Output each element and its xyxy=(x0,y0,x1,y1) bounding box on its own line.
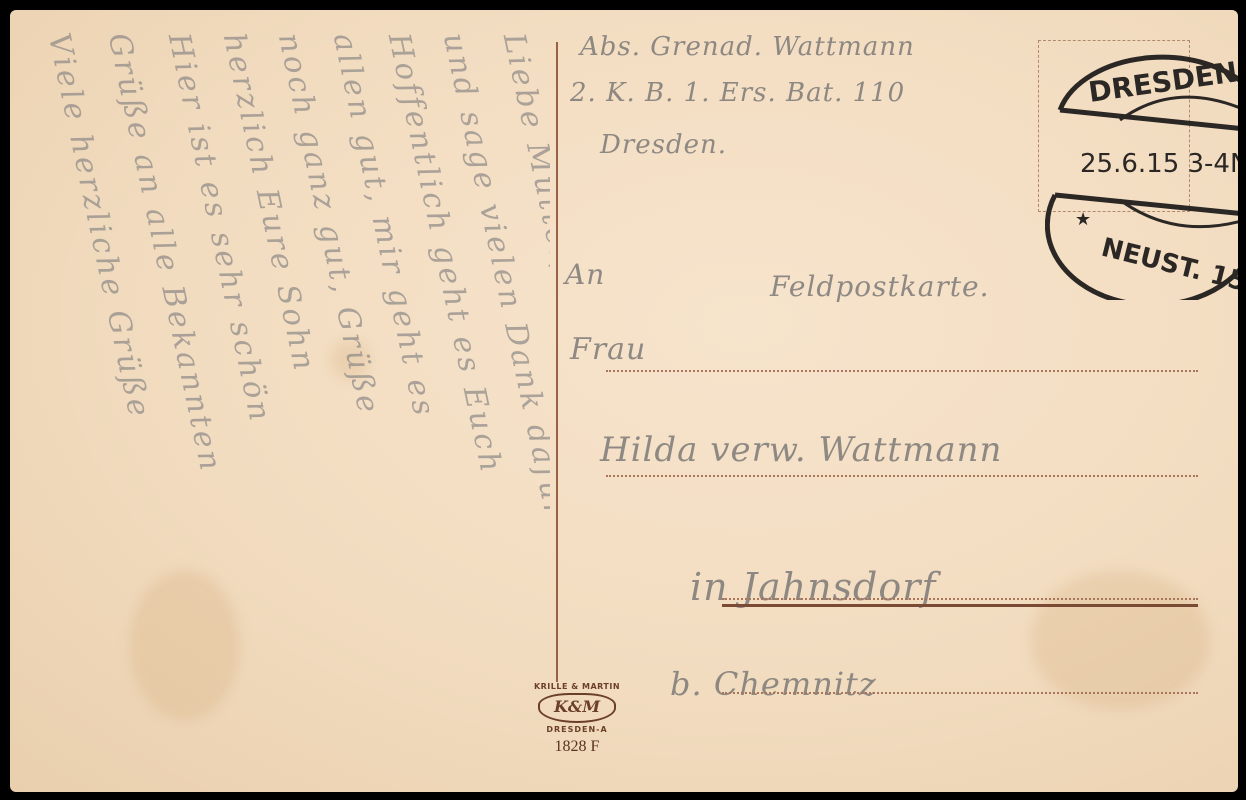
message-area: Liebe Mutter, habe das Paket erhalten un… xyxy=(10,10,550,792)
sender-line-3: Dresden. xyxy=(600,130,727,160)
publisher-name: KRILLE & MARTIN xyxy=(522,682,632,691)
salutation: Frau xyxy=(570,332,646,367)
card-number: 1828 F xyxy=(522,738,632,756)
address-line-3-underline xyxy=(722,604,1198,607)
address-line-2 xyxy=(606,475,1198,477)
svg-text:25.6.15 3-4N: 25.6.15 3-4N xyxy=(1080,149,1238,179)
sender-line-2: 2. K. B. 1. Ers. Bat. 110 xyxy=(570,78,905,108)
publisher-city: DRESDEN-A xyxy=(522,725,632,734)
recipient-name: Hilda verw. Wattmann xyxy=(600,430,1002,470)
svg-text:★: ★ xyxy=(1075,209,1091,230)
address-line-3-dotted xyxy=(722,598,1198,600)
address-line-4 xyxy=(722,692,1198,694)
postcard-back: Liebe Mutter, habe das Paket erhalten un… xyxy=(10,10,1238,792)
postmark-icon: DRESDEN 25.6.15 3-4N ★ NEUST. 15 b xyxy=(1045,40,1238,300)
recipient-town: in Jahnsdorf xyxy=(690,565,936,609)
sender-line-1: Abs. Grenad. Wattmann xyxy=(580,32,915,62)
svg-text:NEUST. 15 b: NEUST. 15 b xyxy=(1098,233,1238,300)
center-divider xyxy=(556,42,558,682)
publisher-monogram: K&M xyxy=(538,693,616,723)
publisher-mark: KRILLE & MARTIN K&M DRESDEN-A 1828 F xyxy=(522,682,632,756)
recipient-region: b. Chemnitz xyxy=(670,665,877,703)
feldpost-label: Feldpostkarte. xyxy=(770,270,990,303)
address-prefix: An xyxy=(565,258,605,291)
paper-stain xyxy=(1030,570,1210,710)
address-line-1 xyxy=(606,370,1198,372)
